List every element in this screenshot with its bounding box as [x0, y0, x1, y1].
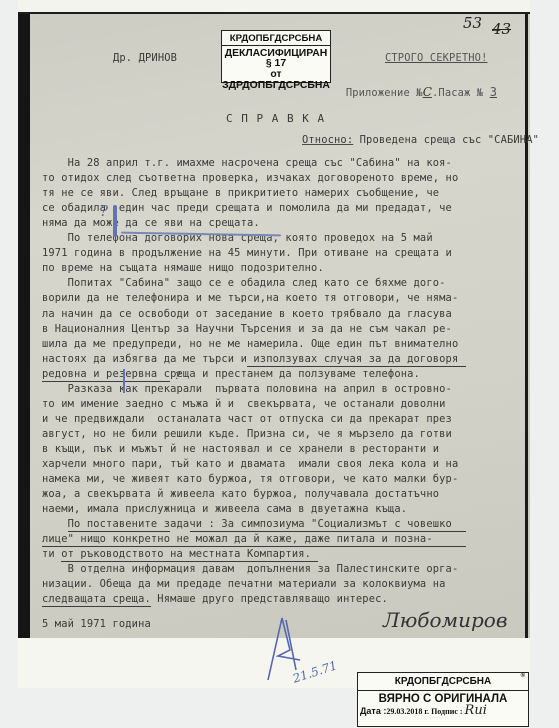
- body-line: в къщи, пък и мъжът й не настоявал и се …: [42, 443, 439, 455]
- body-line: намека ми, че живеят като буржоа, тя отг…: [42, 473, 458, 485]
- body-line: то им имение заедно с мъжа й и свекърват…: [42, 398, 446, 410]
- subject-line: Относно: Проведена среща със "САБИНА": [302, 134, 539, 146]
- cert-signature: Rui: [465, 703, 487, 718]
- signature: Любомиров: [383, 608, 508, 632]
- body-line: жоа, а свекървата й живеела като буржоа,…: [42, 488, 439, 500]
- appendix-value: С: [423, 85, 432, 99]
- body-line: няма да може да се яви на срещата.: [42, 217, 260, 229]
- photo-top-margin: [18, 0, 530, 12]
- declassification-stamp: КРДОПБГДСРСБНА ДЕКЛАСИФИЦИРАН § 17 от ЗД…: [221, 30, 331, 83]
- appendix-line: Приложение №С.Пасаж № 3: [333, 73, 497, 99]
- body-line: По поставените задачи : За симпозиума "С…: [42, 518, 452, 530]
- date-line: 5 май 1971 година: [42, 618, 151, 630]
- cert-agency: КРДОПБГДСРСБНА: [358, 673, 528, 691]
- photo-right-edge: [525, 14, 528, 638]
- body-line: в Националния Център за Научни Търсения …: [42, 323, 452, 335]
- margin-question-mark: ?: [100, 202, 108, 220]
- cert-date-label: Дата :: [360, 706, 386, 716]
- cert-sign-label: Подпис :: [429, 707, 462, 716]
- body-line: август, но не били решили къде. Призна с…: [42, 428, 452, 440]
- folder-label: .Пасаж №: [432, 87, 483, 99]
- body-line: редовна и резервна среща и престанем да …: [42, 368, 420, 380]
- body-line: ла начин да се освободи от заседание в к…: [42, 308, 452, 320]
- pencil-underline: [190, 531, 466, 532]
- body-line: по време на същата нямаше нищо подозрите…: [42, 262, 324, 274]
- body-line: Разказа как прекарали първата половина н…: [42, 383, 452, 395]
- body-line: ти от ръководството на местната Компарти…: [42, 548, 311, 560]
- body-line: шила да ме предупреди, но не ме намерила…: [42, 338, 458, 350]
- body-line: настоях да избягва да ме търси и използу…: [42, 353, 458, 365]
- body-line: низации. Обеща да ми предаде печатни мат…: [42, 578, 446, 590]
- body-line: Попитах "Сабина" защо се е обадила след …: [42, 277, 446, 289]
- body-line: В отделна информация давам допълнения за…: [42, 563, 458, 575]
- appendix-label: Приложение №: [346, 87, 423, 99]
- body-line: На 28 април т.г. имахме насрочена среща …: [42, 157, 452, 169]
- folder-value: 3: [490, 85, 497, 99]
- body-line: ворили да не телефонира и ме търси,на ко…: [42, 292, 458, 304]
- author-name: Др. ДРИНОВ: [113, 52, 177, 64]
- pencil-underline: [42, 546, 466, 547]
- body-line: лице" нищо конкретно не можал да й каже,…: [42, 533, 433, 545]
- page-number: 53: [463, 14, 482, 32]
- page-number-crossed: 43: [492, 20, 511, 38]
- inline-question-mark: ?: [175, 371, 180, 382]
- margin-bracket: [113, 205, 117, 237]
- subject-label: Относно:: [302, 134, 353, 146]
- body-line: тя не се яви. След връщане в прикритието…: [42, 187, 439, 199]
- certification-stamp: ® КРДОПБГДСРСБНА ВЯРНО С ОРИГИНАЛА Дата …: [357, 672, 529, 727]
- subject-text: Проведена среща със "САБИНА": [353, 134, 539, 146]
- cert-date-line: Дата :29.03.2018 г. Подпис : Rui: [358, 705, 528, 718]
- cert-date-value: 29.03.2018 г.: [386, 707, 429, 716]
- body-line: то отидох след съответна проверка, изчак…: [42, 172, 458, 184]
- pencil-underline: [42, 606, 151, 607]
- body-line: наеми, имала прислужница и живеела сама …: [42, 503, 407, 515]
- margin-bar: [123, 369, 125, 393]
- photo-left-edge: [18, 14, 30, 638]
- body-line: 1971 година в продължение на 45 минути. …: [42, 247, 452, 259]
- pencil-underline: [42, 381, 170, 382]
- document-title: С П Р А В К А: [226, 112, 325, 125]
- body-line: и че предвиждали останалата част от отпу…: [42, 413, 452, 425]
- pencil-underline: [247, 366, 465, 367]
- registered-mark: ®: [521, 673, 525, 679]
- stamp-paragraph: § 17: [222, 59, 330, 69]
- pencil-underline: [68, 531, 171, 532]
- pencil-underline: [61, 561, 318, 562]
- body-line: харчели много пари, тъй като и двамата и…: [42, 458, 458, 470]
- body-line: следващата среща. Нямаше друго представл…: [42, 593, 388, 605]
- stamp-agency: КРДОПБГДСРСБНА: [222, 31, 330, 46]
- cert-status: ВЯРНО С ОРИГИНАЛА: [358, 691, 528, 705]
- classification-mark: СТРОГО СЕКРЕТНО!: [385, 52, 488, 64]
- stamp-law: от ЗДРДОПБГДСРСБНА: [222, 69, 330, 92]
